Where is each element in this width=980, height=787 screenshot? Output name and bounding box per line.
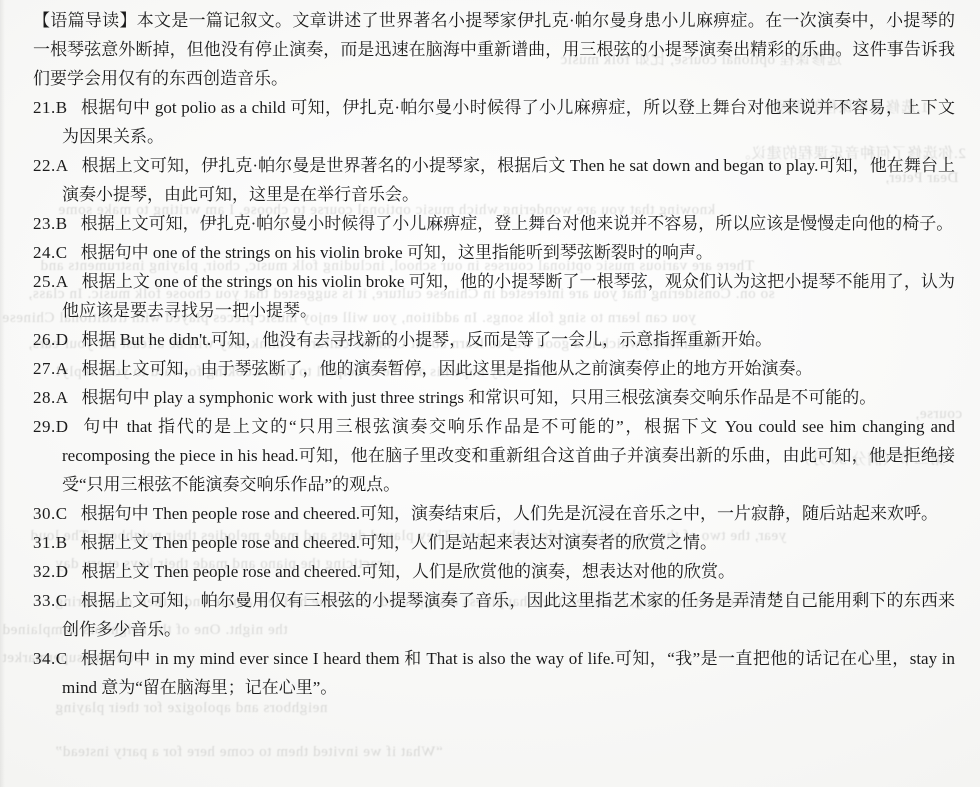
scanned-answer-sheet-page: 选修课程 optional course, 比如 folk music1.选修音… <box>0 0 980 787</box>
answer-explanation: 根据句中 in my mind ever since I heard them … <box>62 649 955 697</box>
answer-number: 32.D <box>33 562 69 581</box>
answer-number: 22.A <box>33 156 69 175</box>
answer-item: 29.D句中 that 指代的是上文的“只用三根弦演奏交响乐作品是不可能的”，根… <box>62 412 955 499</box>
answer-explanation: 根据句中 one of the strings on his violin br… <box>81 243 713 262</box>
answer-item: 31.B根据上文 Then people rose and cheered.可知… <box>62 528 955 557</box>
answer-explanation: 根据上文可知，由于琴弦断了，他的演奏暂停，因此这里是指他从之前演奏停止的地方开始… <box>82 359 813 378</box>
answer-item: 22.A根据上文可知，伊扎克·帕尔曼是世界著名的小提琴家，根据后文 Then h… <box>62 151 955 209</box>
answer-number: 29.D <box>33 417 69 436</box>
answer-explanation: 根据句中 Then people rose and cheered.可知，演奏结… <box>81 504 938 523</box>
answer-explanation: 根据句中 play a symphonic work with just thr… <box>82 388 877 407</box>
answer-number: 33.C <box>33 591 68 610</box>
scan-edge-shadow <box>0 0 5 787</box>
answer-item: 32.D根据上文 Then people rose and cheered.可知… <box>62 557 955 586</box>
answer-number: 26.D <box>33 330 69 349</box>
answer-item: 30.C根据句中 Then people rose and cheered.可知… <box>62 499 955 528</box>
passage-guide-paragraph: 【语篇导读】本文是一篇记叙文。文章讲述了世界著名小提琴家伊扎克·帕尔曼身患小儿麻… <box>33 6 955 93</box>
bleed-through-text: neighbors and apologize for their playin… <box>55 700 327 717</box>
answer-item: 27.A根据上文可知，由于琴弦断了，他的演奏暂停，因此这里是指他从之前演奏停止的… <box>62 354 955 383</box>
answer-item: 25.A根据上文 one of the strings on his violi… <box>62 267 955 325</box>
answer-list: 21.B根据句中 got polio as a child 可知，伊扎克·帕尔曼… <box>33 93 955 702</box>
answer-explanation: 根据上文可知，伊扎克·帕尔曼小时候得了小儿麻痹症，登上舞台对他来说并不容易，所以… <box>81 214 954 233</box>
answer-number: 31.B <box>33 533 68 552</box>
answer-number: 24.C <box>33 243 68 262</box>
answer-item: 26.D根据 But he didn't.可知，他没有去寻找新的小提琴，反而是等… <box>62 325 955 354</box>
answer-explanation: 句中 that 指代的是上文的“只用三根弦演奏交响乐作品是不可能的”，根据下文 … <box>62 417 955 494</box>
answer-explanation: 根据上文可知，帕尔曼用仅有三根弦的小提琴演奏了音乐，因此这里指艺术家的任务是弄清… <box>62 591 955 639</box>
answer-item: 21.B根据句中 got polio as a child 可知，伊扎克·帕尔曼… <box>62 93 955 151</box>
answer-explanations-content: 【语篇导读】本文是一篇记叙文。文章讲述了世界著名小提琴家伊扎克·帕尔曼身患小儿麻… <box>33 6 955 702</box>
bleed-through-text: “What if we invited them to come here fo… <box>55 744 443 761</box>
answer-explanation: 根据上文 one of the strings on his violin br… <box>62 272 955 320</box>
answer-item: 24.C根据句中 one of the strings on his violi… <box>62 238 955 267</box>
answer-explanation: 根据句中 got polio as a child 可知，伊扎克·帕尔曼小时候得… <box>62 98 955 146</box>
answer-number: 28.A <box>33 388 69 407</box>
answer-number: 27.A <box>33 359 69 378</box>
answer-number: 21.B <box>33 98 68 117</box>
answer-number: 30.C <box>33 504 68 523</box>
answer-explanation: 根据上文 Then people rose and cheered.可知，人们是… <box>81 533 717 552</box>
answer-explanation: 根据上文 Then people rose and cheered.可知，人们是… <box>82 562 735 581</box>
answer-number: 25.A <box>33 272 69 291</box>
answer-number: 23.B <box>33 214 68 233</box>
answer-item: 23.B根据上文可知，伊扎克·帕尔曼小时候得了小儿麻痹症，登上舞台对他来说并不容… <box>62 209 955 238</box>
answer-item: 28.A根据句中 play a symphonic work with just… <box>62 383 955 412</box>
answer-explanation: 根据上文可知，伊扎克·帕尔曼是世界著名的小提琴家，根据后文 Then he sa… <box>62 156 955 204</box>
answer-explanation: 根据 But he didn't.可知，他没有去寻找新的小提琴，反而是等了一会儿… <box>82 330 773 349</box>
answer-item: 33.C根据上文可知，帕尔曼用仅有三根弦的小提琴演奏了音乐，因此这里指艺术家的任… <box>62 586 955 644</box>
answer-item: 34.C根据句中 in my mind ever since I heard t… <box>62 644 955 702</box>
answer-number: 34.C <box>33 649 68 668</box>
